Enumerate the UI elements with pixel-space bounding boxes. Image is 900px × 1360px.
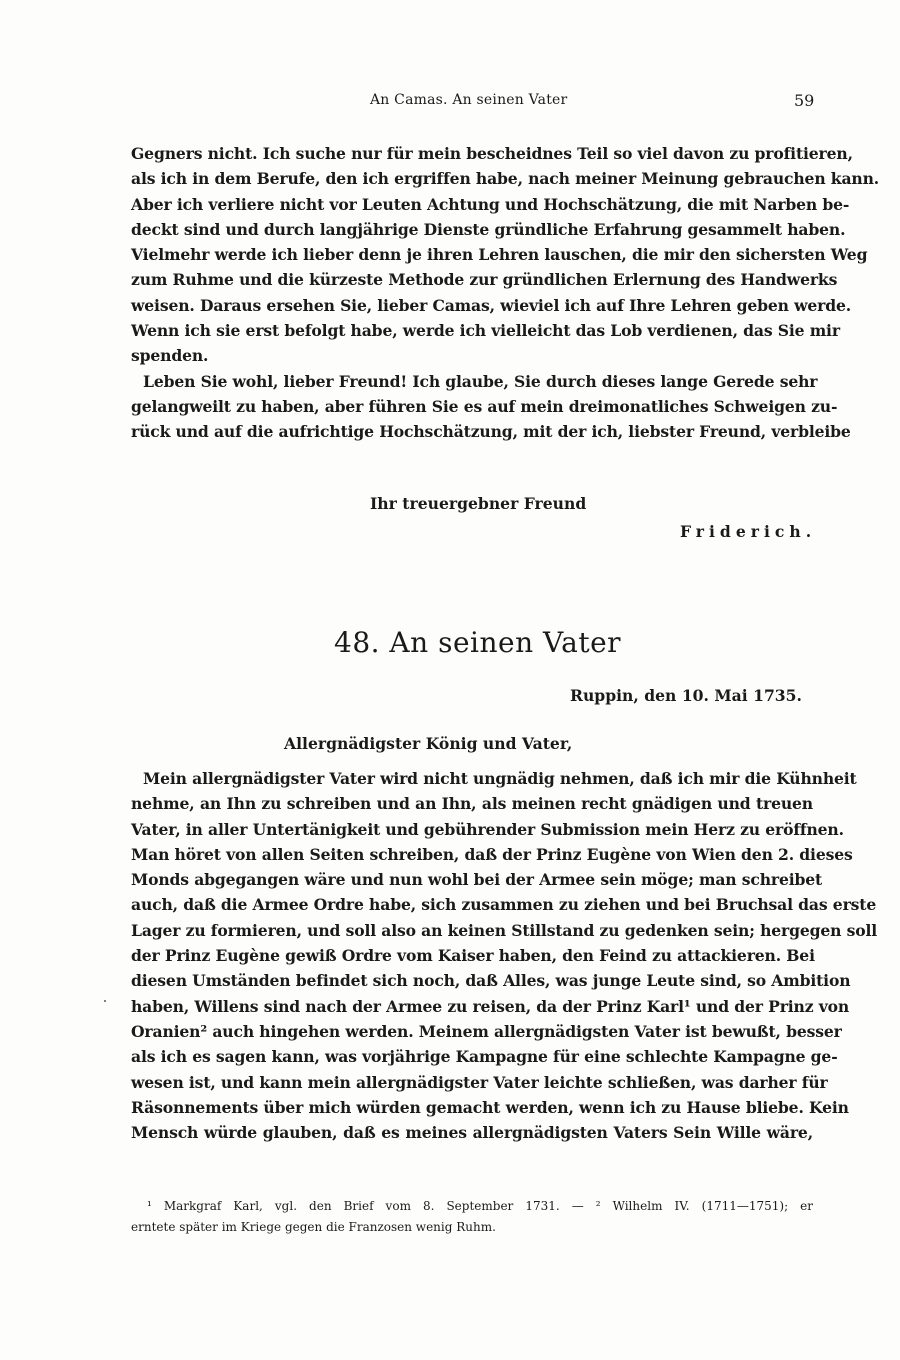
page-number: 59 (794, 91, 814, 110)
text-line: Oranien² auch hingehen werden. Meinem al… (131, 1019, 813, 1044)
text-line: Vielmehr werde ich lieber denn je ihren … (131, 242, 813, 267)
text-line: zum Ruhme und die kürzeste Methode zur g… (131, 267, 813, 292)
letter-47-body: Gegners nicht. Ich suche nur für mein be… (131, 141, 813, 445)
text-line: Leben Sie wohl, lieber Freund! Ich glaub… (131, 369, 813, 394)
text-line: Aber ich verliere nicht vor Leuten Achtu… (131, 192, 813, 217)
text-line: Vater, in aller Untertänigkeit und gebüh… (131, 817, 813, 842)
text-line: als ich es sagen kann, was vorjährige Ka… (131, 1044, 813, 1069)
text-line: Mensch würde glauben, daß es meines alle… (131, 1120, 813, 1145)
text-line: auch, daß die Armee Ordre habe, sich zus… (131, 892, 813, 917)
text-line: als ich in dem Berufe, den ich ergriffen… (131, 166, 813, 191)
text-line: Mein allergnädigster Vater wird nicht un… (131, 766, 813, 791)
letter-48-body: Mein allergnädigster Vater wird nicht un… (131, 766, 813, 1145)
margin-speck (104, 1000, 106, 1002)
book-page: An Camas. An seinen Vater 59 Gegners nic… (0, 0, 900, 1360)
letter-closing: Ihr treuergebner Freund (370, 494, 586, 513)
text-line: wesen ist, und kann mein allergnädigster… (131, 1070, 813, 1095)
footnote-line: ¹ Markgraf Karl, vgl. den Brief vom 8. S… (131, 1196, 813, 1217)
text-line: nehme, an Ihn zu schreiben und an Ihn, a… (131, 791, 813, 816)
text-line: diesen Umständen befindet sich noch, daß… (131, 968, 813, 993)
footnotes: ¹ Markgraf Karl, vgl. den Brief vom 8. S… (131, 1196, 813, 1238)
text-line: rück und auf die aufrichtige Hochschätzu… (131, 419, 813, 444)
text-line: Man höret von allen Seiten schreiben, da… (131, 842, 813, 867)
text-line: deckt sind und durch langjährige Dienste… (131, 217, 813, 242)
running-title: An Camas. An seinen Vater (370, 92, 567, 108)
text-line: Lager zu formieren, und soll also an kei… (131, 918, 813, 943)
letter-dateline: Ruppin, den 10. Mai 1735. (570, 686, 802, 705)
text-line: weisen. Daraus ersehen Sie, lieber Camas… (131, 293, 813, 318)
letter-signature: Friderich. (680, 522, 816, 541)
text-line: Gegners nicht. Ich suche nur für mein be… (131, 141, 813, 166)
text-line: Räsonnements über mich würden gemacht we… (131, 1095, 813, 1120)
text-line: Wenn ich sie erst befolgt habe, werde ic… (131, 318, 813, 343)
footnote-line: erntete später im Kriege gegen die Franz… (131, 1217, 813, 1238)
running-head: An Camas. An seinen Vater 59 (0, 92, 900, 114)
letter-heading: 48. An seinen Vater (334, 626, 621, 659)
letter-salutation: Allergnädigster König und Vater, (284, 734, 572, 753)
text-line: spenden. (131, 343, 813, 368)
text-line: haben, Willens sind nach der Armee zu re… (131, 994, 813, 1019)
text-line: Monds abgegangen wäre und nun wohl bei d… (131, 867, 813, 892)
text-line: gelangweilt zu haben, aber führen Sie es… (131, 394, 813, 419)
text-line: der Prinz Eugène gewiß Ordre vom Kaiser … (131, 943, 813, 968)
